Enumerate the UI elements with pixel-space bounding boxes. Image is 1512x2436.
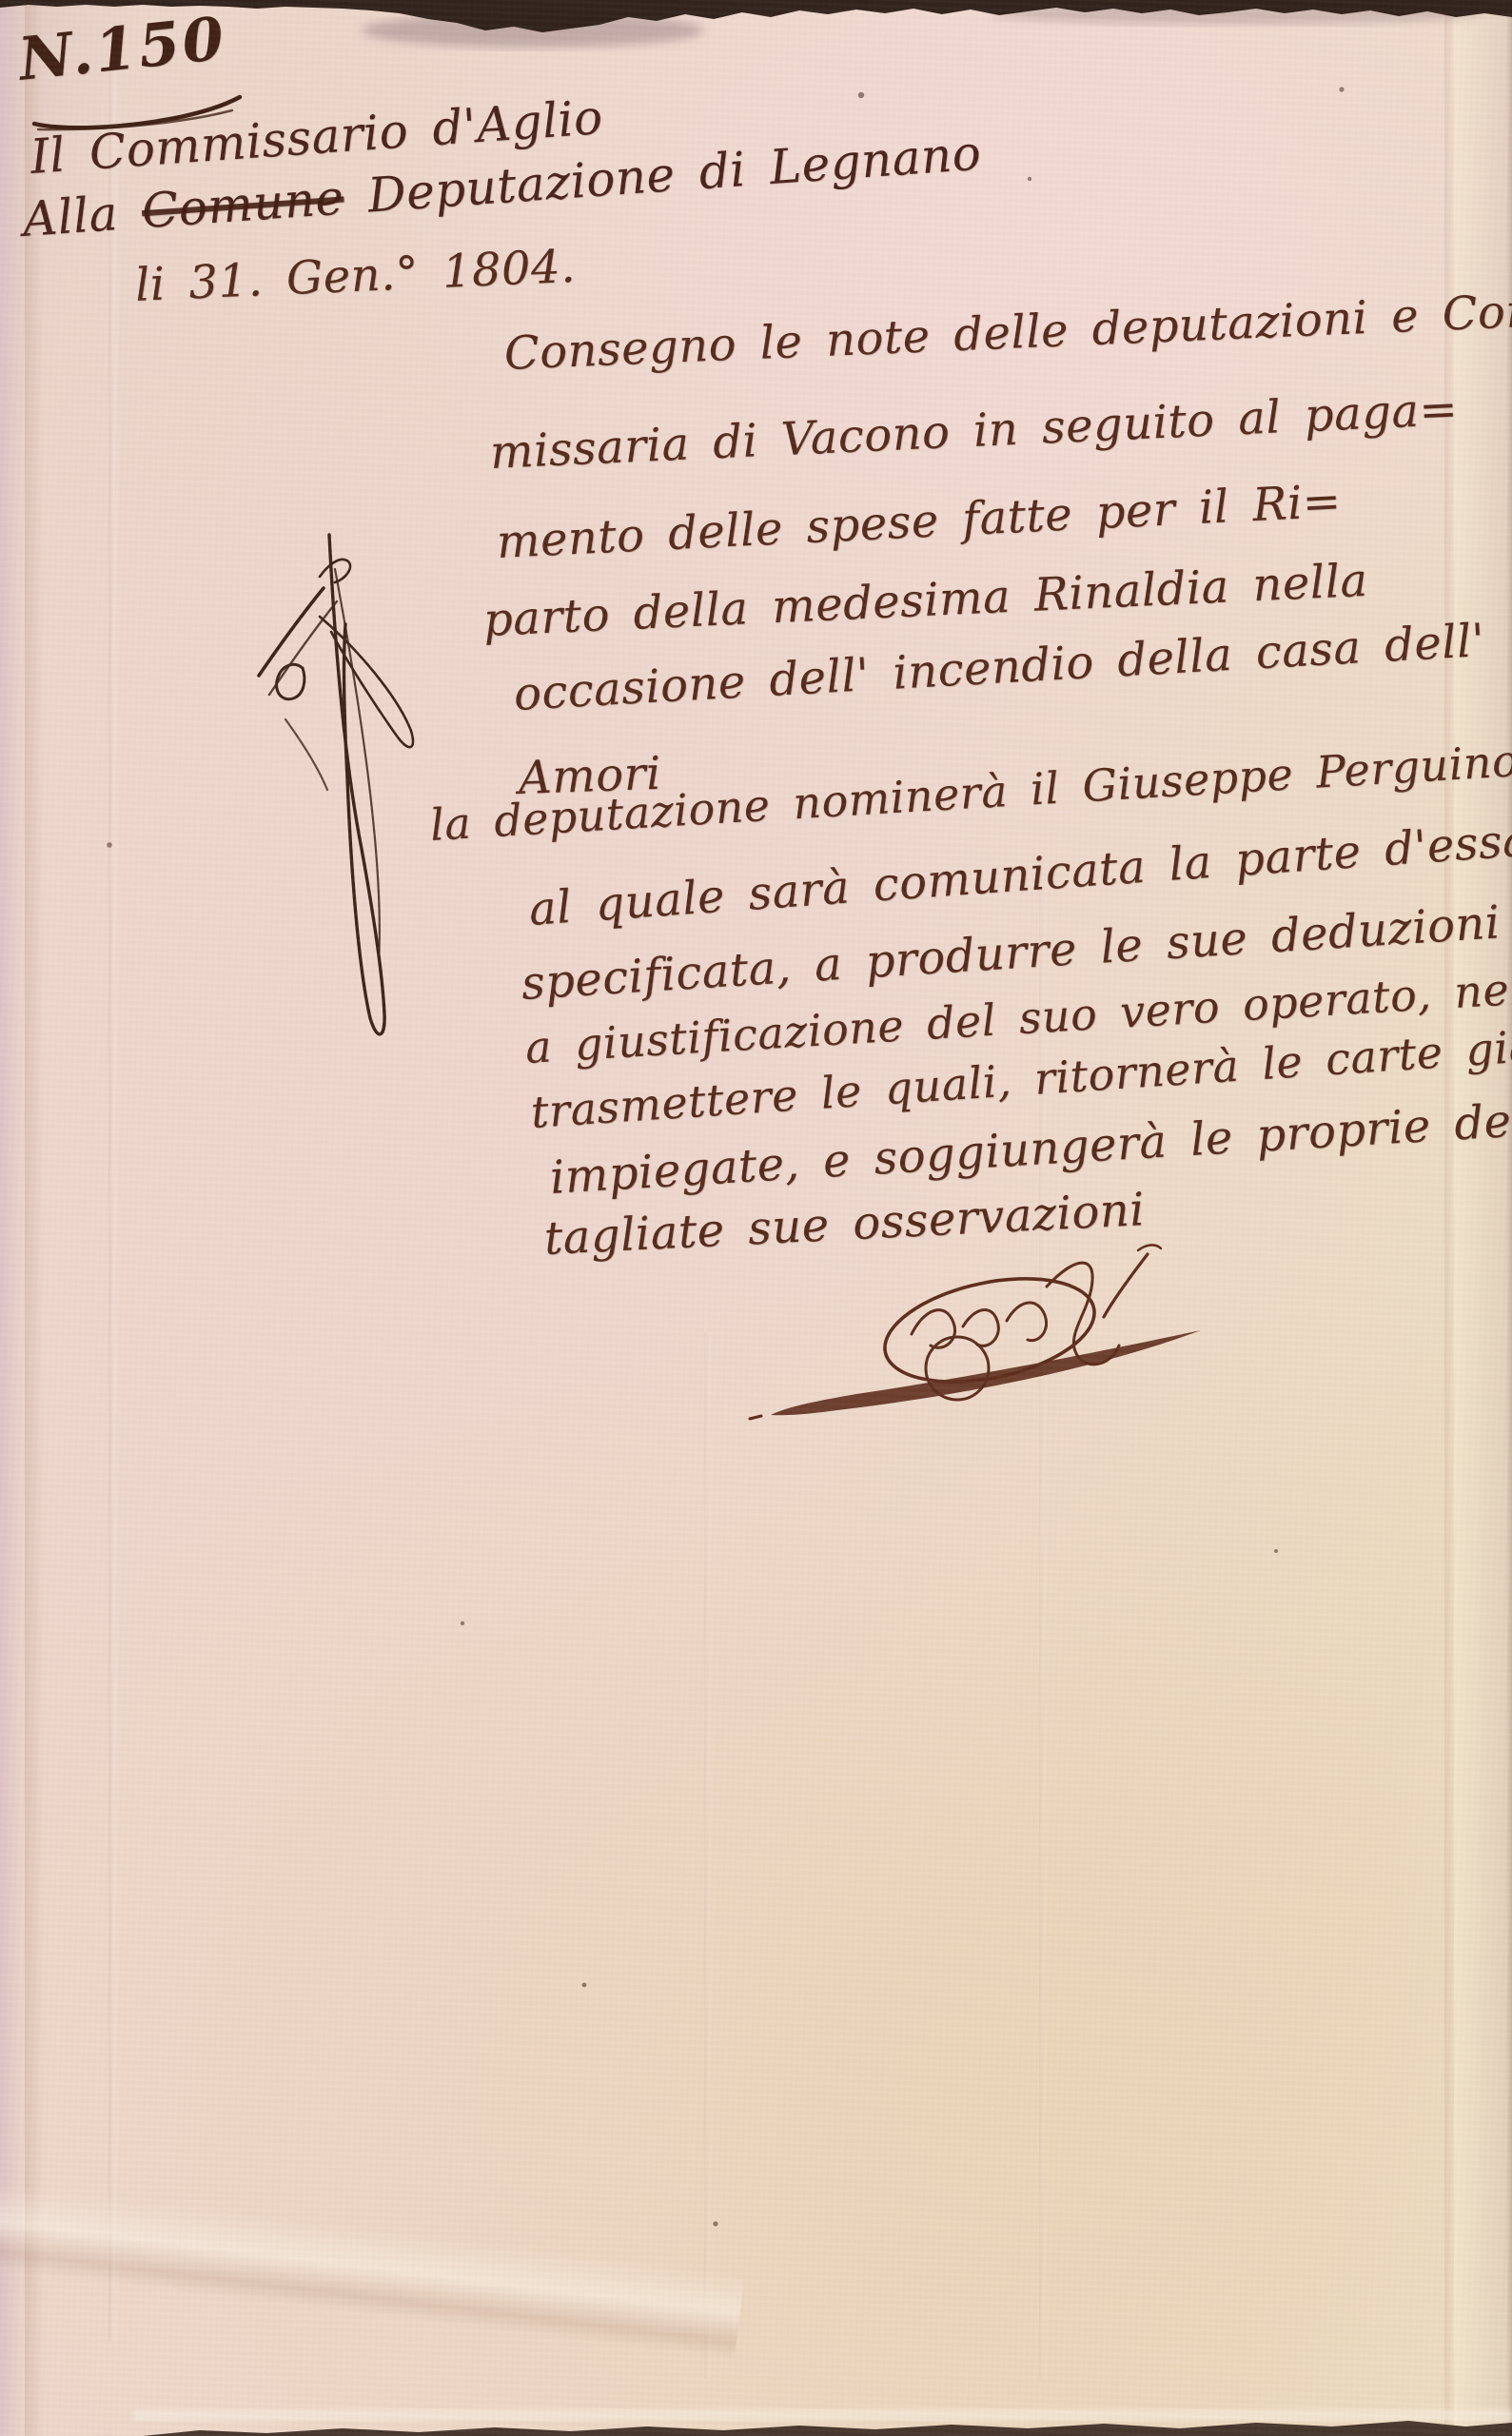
left-edge-band [0, 0, 27, 2436]
date-line: li 31. Gen.° 1804. [134, 240, 577, 312]
bottom-torn-edge [133, 2409, 1512, 2436]
left-crease-shadow [25, 0, 44, 2436]
bottom-fold-highlight [0, 2179, 744, 2359]
vertical-crease [704, 1332, 714, 2379]
manuscript-page: N.150 Il Commissario d'Aglio Alla Comune… [0, 0, 1512, 2436]
handwritten-line: missaria di Vacono in seguito al paga= [489, 383, 1460, 480]
handwritten-line: mento delle spese fatte per il Ri= [496, 475, 1343, 569]
handwritten-line: Consegno le note delle deputazioni e Com… [503, 282, 1512, 381]
signature-flourish [750, 1245, 1201, 1419]
margin-flourish [259, 535, 413, 1034]
torn-top-edge [0, 0, 1512, 48]
vertical-crease [108, 57, 120, 2341]
right-crease [1444, 0, 1454, 2436]
right-edge-light-band [1454, 0, 1512, 2436]
struck-word: Comune [140, 169, 345, 239]
recipient-prefix: Alla [21, 186, 120, 247]
registry-number: N.150 [15, 3, 229, 93]
